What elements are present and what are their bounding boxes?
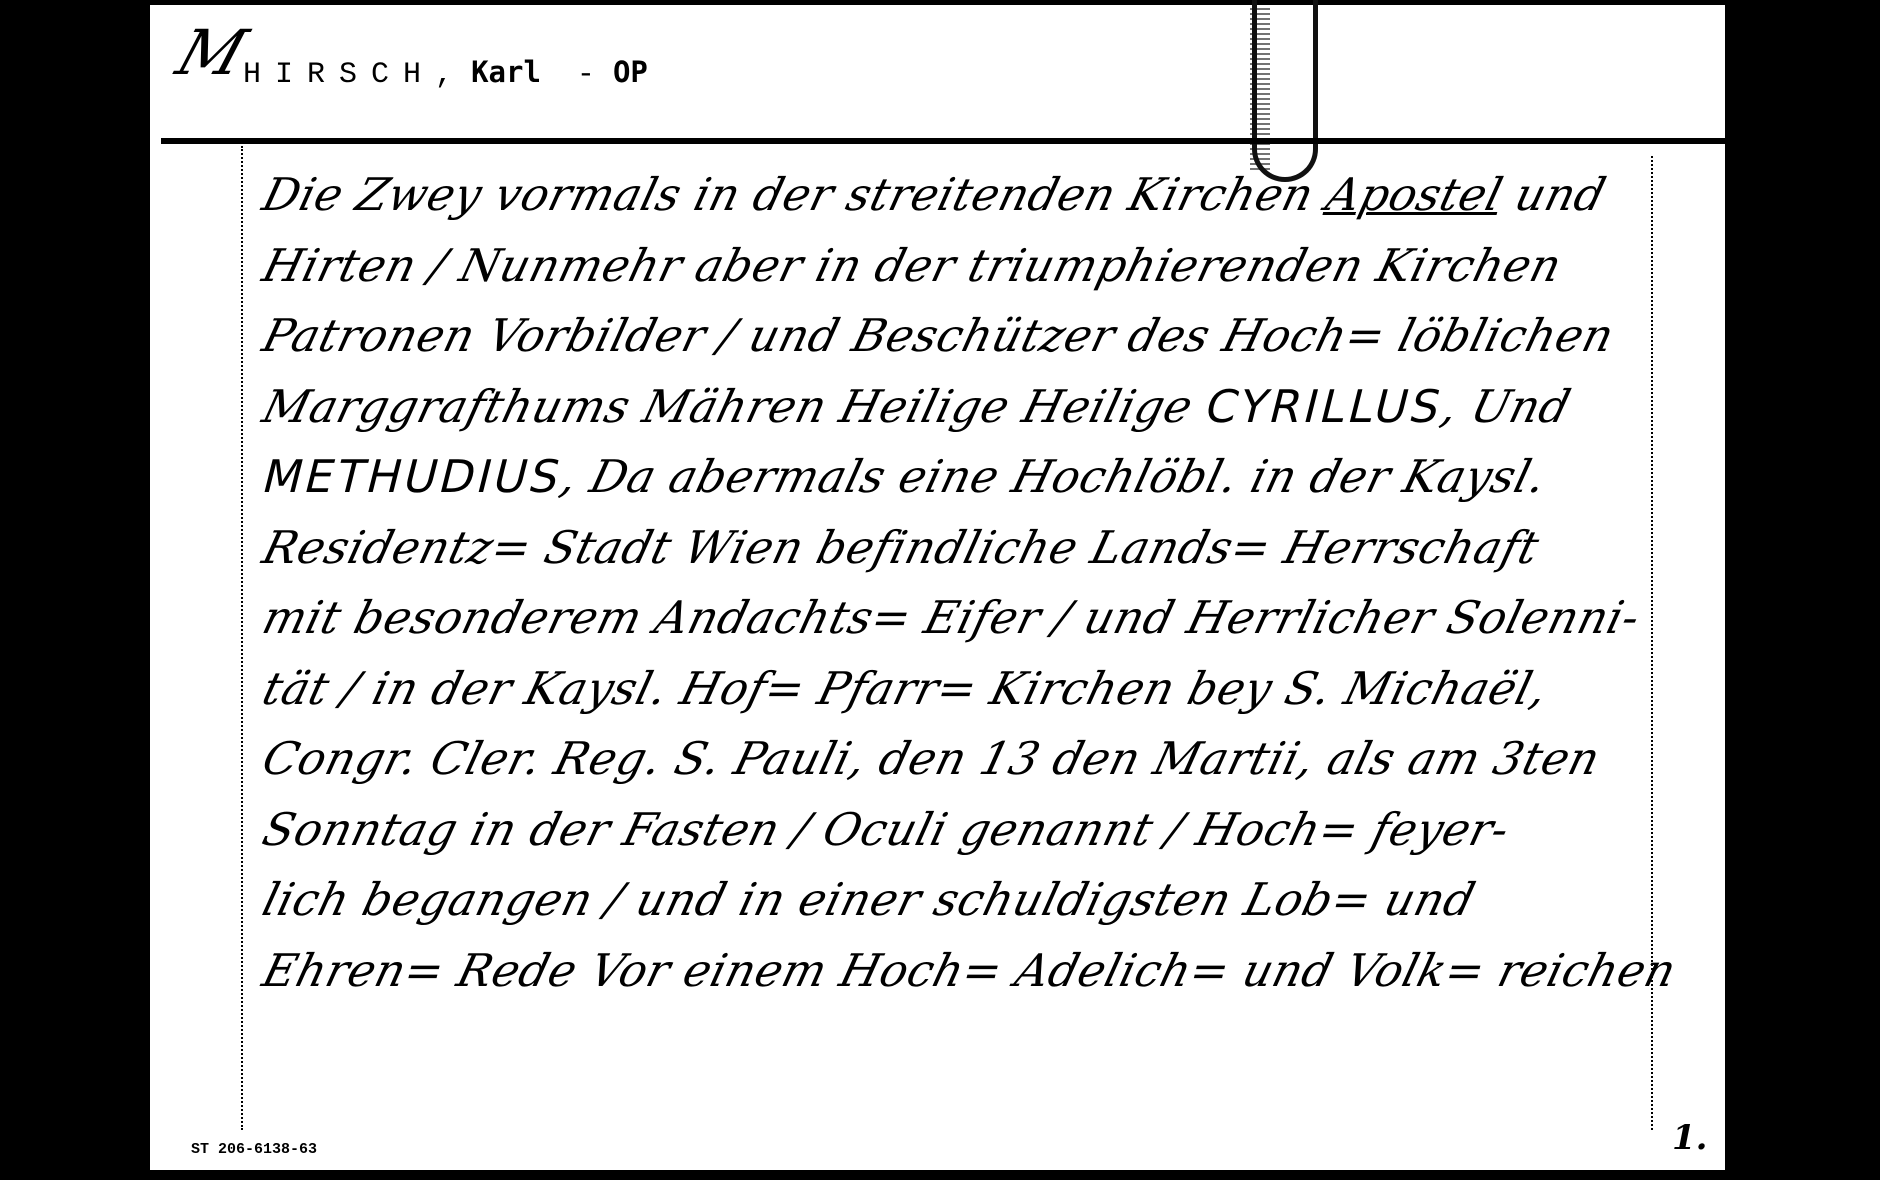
handwritten-text: Die Zwey vormals in der streitenden Kirc… bbox=[255, 160, 1645, 1006]
line-text: Marggrafthums Mähren Heilige Heilige bbox=[257, 380, 1213, 433]
name-methudius: METHUDIUS bbox=[257, 450, 568, 503]
header-dash: - bbox=[577, 58, 595, 92]
name-separator: , bbox=[435, 58, 453, 92]
religious-order: OP bbox=[613, 55, 648, 89]
paperclip-mark bbox=[1252, 0, 1318, 182]
text-line-4: Marggrafthums Mähren Heilige Heilige CYR… bbox=[255, 372, 1663, 443]
text-line-1: Die Zwey vormals in der streitenden Kirc… bbox=[255, 160, 1663, 231]
text-line-6: Residentz= Stadt Wien befindliche Lands=… bbox=[255, 513, 1663, 584]
text-line-11: lich begangen / und in einer schuldigste… bbox=[255, 865, 1663, 936]
top-border bbox=[150, 0, 1725, 5]
bottom-border bbox=[150, 1170, 1725, 1180]
line-text: , Da abermals eine Hochlöbl. in der Kays… bbox=[555, 450, 1551, 503]
line-text: , Und bbox=[1436, 380, 1576, 433]
text-line-2: Hirten / Nunmehr aber in der triumphiere… bbox=[255, 231, 1663, 302]
line-text: Die Zwey vormals in der streitenden Kirc… bbox=[257, 168, 1334, 221]
text-line-3: Patronen Vorbilder / und Beschützer des … bbox=[255, 301, 1663, 372]
header-rule bbox=[161, 138, 1725, 144]
page-number: 1. bbox=[1672, 1118, 1708, 1158]
surname: HIRSCH bbox=[243, 58, 435, 92]
text-line-5: METHUDIUS, Da abermals eine Hochlöbl. in… bbox=[255, 442, 1663, 513]
text-line-8: tät / in der Kaysl. Hof= Pfarr= Kirchen … bbox=[255, 654, 1663, 725]
card-header: HIRSCH, Karl - OP bbox=[243, 58, 648, 90]
underlined-word: Apostel bbox=[1321, 168, 1508, 221]
text-line-12: Ehren= Rede Vor einem Hoch= Adelich= und… bbox=[255, 936, 1663, 1007]
given-name: Karl bbox=[471, 55, 541, 89]
line-text: und bbox=[1495, 168, 1611, 221]
text-line-7: mit besonderem Andachts= Eifer / und Her… bbox=[255, 583, 1663, 654]
text-line-9: Congr. Cler. Reg. S. Pauli, den 13 den M… bbox=[255, 724, 1663, 795]
archive-reference: ST 206-6138-63 bbox=[191, 1141, 317, 1158]
left-margin-line bbox=[241, 146, 243, 1130]
name-cyrillus: CYRILLUS bbox=[1200, 380, 1449, 433]
text-line-10: Sonntag in der Fasten / Oculi genannt / … bbox=[255, 795, 1663, 866]
